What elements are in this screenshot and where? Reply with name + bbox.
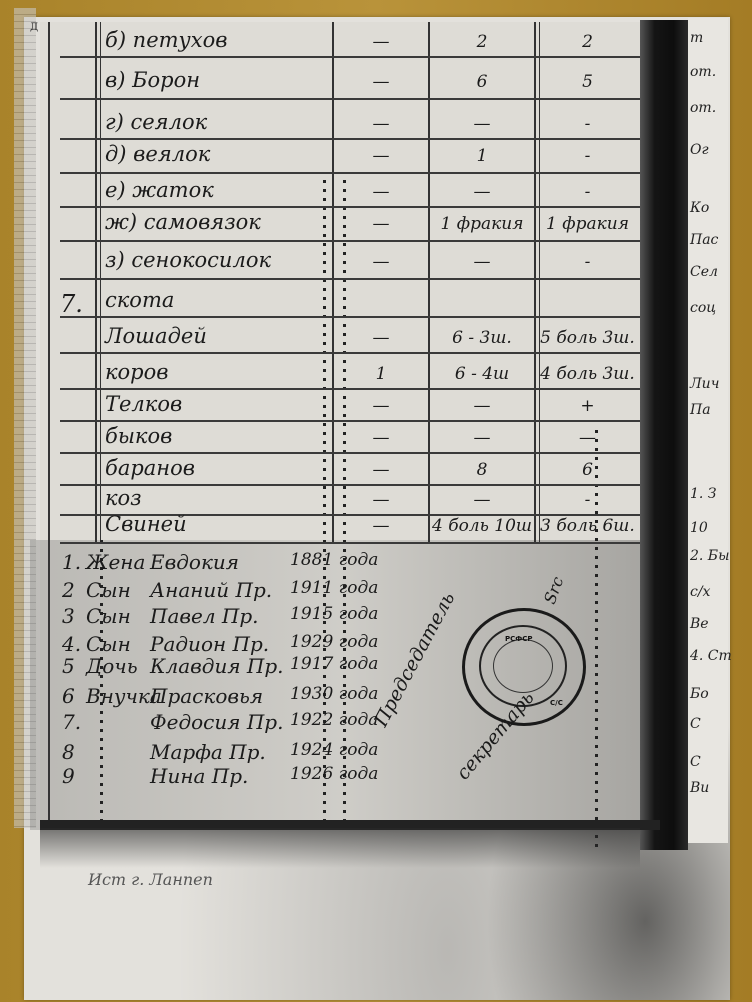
cell-value-b: - <box>540 146 635 166</box>
member-year: 1911 года <box>290 578 378 598</box>
row-label: Лошадей <box>105 324 207 348</box>
cell-value-a: — <box>430 182 534 202</box>
member-num: 2 <box>62 578 75 602</box>
row-label: е) жаток <box>105 178 214 202</box>
adjacent-page-fragment: Па <box>690 402 711 418</box>
cell-value-a: 4 боль 10ш <box>430 516 534 536</box>
cell-owned: — <box>334 32 428 52</box>
member-year: 1917 года <box>290 654 378 674</box>
table-rule <box>60 206 640 208</box>
section-title: скота <box>105 288 174 312</box>
member-name: Клавдия Пр. <box>150 654 284 678</box>
table-rule <box>60 56 640 58</box>
member-num: 3 <box>62 604 75 628</box>
adjacent-page-fragment: Ви <box>690 780 709 796</box>
row-label: баранов <box>105 456 195 480</box>
adjacent-page-fragment: Лич <box>690 376 719 392</box>
cell-owned: — <box>334 460 428 480</box>
cell-value-b: - <box>540 252 635 272</box>
member-num: 9 <box>62 764 75 788</box>
cell-owned: — <box>334 146 428 166</box>
margin-rule <box>48 22 50 822</box>
member-name: Прасковья <box>150 684 263 708</box>
table-rule <box>60 484 640 486</box>
cell-value-a: 2 <box>430 32 534 52</box>
adjacent-page-fragment: Бо <box>690 686 709 702</box>
adjacent-page-fragment: Сел <box>690 264 718 280</box>
cell-value-a: — <box>430 252 534 272</box>
cell-value-a: 1 фракия <box>430 214 534 234</box>
cell-owned: — <box>334 114 428 134</box>
adjacent-page-fragment: Пас <box>690 232 718 248</box>
table-rule <box>60 542 640 544</box>
cell-owned: — <box>334 214 428 234</box>
cell-value-b: 6 <box>540 460 635 480</box>
member-num: 6 <box>62 684 75 708</box>
cell-value-a: — <box>430 396 534 416</box>
cell-owned: — <box>334 516 428 536</box>
cell-owned: 1 <box>334 364 428 384</box>
adjacent-page-fragment: от. <box>690 100 716 116</box>
table-rule <box>60 452 640 454</box>
member-name: Радион Пр. <box>150 632 269 656</box>
adjacent-page-fragment: 2. Бы <box>690 548 730 564</box>
cell-value-b: 5 <box>540 72 635 92</box>
cell-value-b: 2 <box>540 32 635 52</box>
cell-owned: — <box>334 72 428 92</box>
member-num: 5 <box>62 654 75 678</box>
cell-owned: — <box>334 182 428 202</box>
member-year: 1881 года <box>290 550 378 570</box>
table-rule <box>60 98 640 100</box>
cell-value-b: - <box>540 182 635 202</box>
member-relation: Сын <box>86 604 131 628</box>
member-year: 1922 года <box>290 710 378 730</box>
cell-value-a: 1 <box>430 146 534 166</box>
cell-value-a: 6 - 4ш <box>430 364 534 384</box>
row-label: Телков <box>105 392 182 416</box>
table-rule <box>60 240 640 242</box>
adjacent-page-fragment: соц <box>690 300 716 316</box>
cell-owned: — <box>334 490 428 510</box>
adjacent-page-fragment: С <box>690 716 701 732</box>
cell-value-b: 4 боль 3ш. <box>540 364 635 384</box>
row-label: д) веялок <box>105 142 210 166</box>
corner-mark: Д <box>30 22 44 40</box>
section-number: 7. <box>60 290 83 318</box>
member-num: 1. <box>62 550 81 574</box>
member-name: Марфа Пр. <box>150 740 266 764</box>
member-num: 8 <box>62 740 75 764</box>
member-year: 1924 года <box>290 740 378 760</box>
member-relation: Сын <box>86 578 131 602</box>
stamp-bottom-text: С/С <box>550 699 563 707</box>
adjacent-page-fragment: 10 <box>690 520 708 536</box>
label-column-rule <box>95 22 97 542</box>
row-label: Свиней <box>105 512 187 536</box>
adjacent-page-fragment: С <box>690 754 701 770</box>
cell-value-b: — <box>540 428 635 448</box>
table-rule <box>60 420 640 422</box>
member-relation: Сын <box>86 632 131 656</box>
member-name: Федосия Пр. <box>150 710 283 734</box>
stamp-top-text: РСФСР <box>505 635 532 643</box>
adjacent-page-fragment: Ог <box>690 142 709 158</box>
table-rule <box>60 388 640 390</box>
cell-owned: — <box>334 252 428 272</box>
member-year: 1929 года <box>290 632 378 652</box>
cell-value-a: — <box>430 490 534 510</box>
row-label: коз <box>105 486 142 510</box>
adjacent-page-fragment: 4. Ст <box>690 648 732 664</box>
cell-value-b: - <box>540 114 635 134</box>
member-num: 7. <box>62 710 81 734</box>
footer-note: Ист г. Ланпеп <box>88 870 213 889</box>
adjacent-page-fragment: Ко <box>690 200 709 216</box>
fold-shadow <box>640 20 688 850</box>
adjacent-page-fragment: с/х <box>690 584 710 600</box>
cell-value-a: — <box>430 114 534 134</box>
member-num: 4. <box>62 632 81 656</box>
cell-value-b: - <box>540 490 635 510</box>
cell-owned: — <box>334 428 428 448</box>
stamp-emblem <box>493 639 553 693</box>
adjacent-page-fragment: Ве <box>690 616 709 632</box>
table-rule <box>60 316 640 318</box>
label-column-rule-2 <box>100 22 101 542</box>
row-label: в) Борон <box>105 68 200 92</box>
member-year: 1926 года <box>290 764 378 784</box>
cell-owned: — <box>334 328 428 348</box>
member-year: 1915 года <box>290 604 378 624</box>
row-label: б) петухов <box>105 28 227 52</box>
member-year: 1930 года <box>290 684 378 704</box>
table-rule <box>60 138 640 140</box>
row-label: г) сеялок <box>105 110 207 134</box>
adjacent-page-fragment: т <box>690 30 703 46</box>
table-rule <box>60 278 640 280</box>
member-name: Ананий Пр. <box>150 578 272 602</box>
cell-value-a: 6 <box>430 72 534 92</box>
member-relation: Жена <box>86 550 145 574</box>
member-relation: Дочь <box>86 654 138 678</box>
table-rule <box>60 352 640 354</box>
row-label: коров <box>105 360 169 384</box>
row-label: ж) самовязок <box>105 210 261 234</box>
cell-value-a: 8 <box>430 460 534 480</box>
cell-value-b: 3 боль 6ш. <box>540 516 635 536</box>
row-label: быков <box>105 424 172 448</box>
cell-value-a: 6 - 3ш. <box>430 328 534 348</box>
member-name: Нина Пр. <box>150 764 248 788</box>
cell-owned: — <box>334 396 428 416</box>
cell-value-b: 5 боль 3ш. <box>540 328 635 348</box>
member-name: Павел Пр. <box>150 604 259 628</box>
adjacent-page-fragment: 1. З <box>690 486 717 502</box>
cell-value-b: + <box>540 396 635 416</box>
cell-value-b: 1 фракия <box>540 214 635 234</box>
row-label: з) сенокосилок <box>105 248 271 272</box>
cell-value-a: — <box>430 428 534 448</box>
sheet-shadow <box>40 828 640 868</box>
adjacent-page-fragment: от. <box>690 64 716 80</box>
col3-rule <box>534 22 536 542</box>
member-name: Евдокия <box>150 550 239 574</box>
table-rule <box>60 172 640 174</box>
